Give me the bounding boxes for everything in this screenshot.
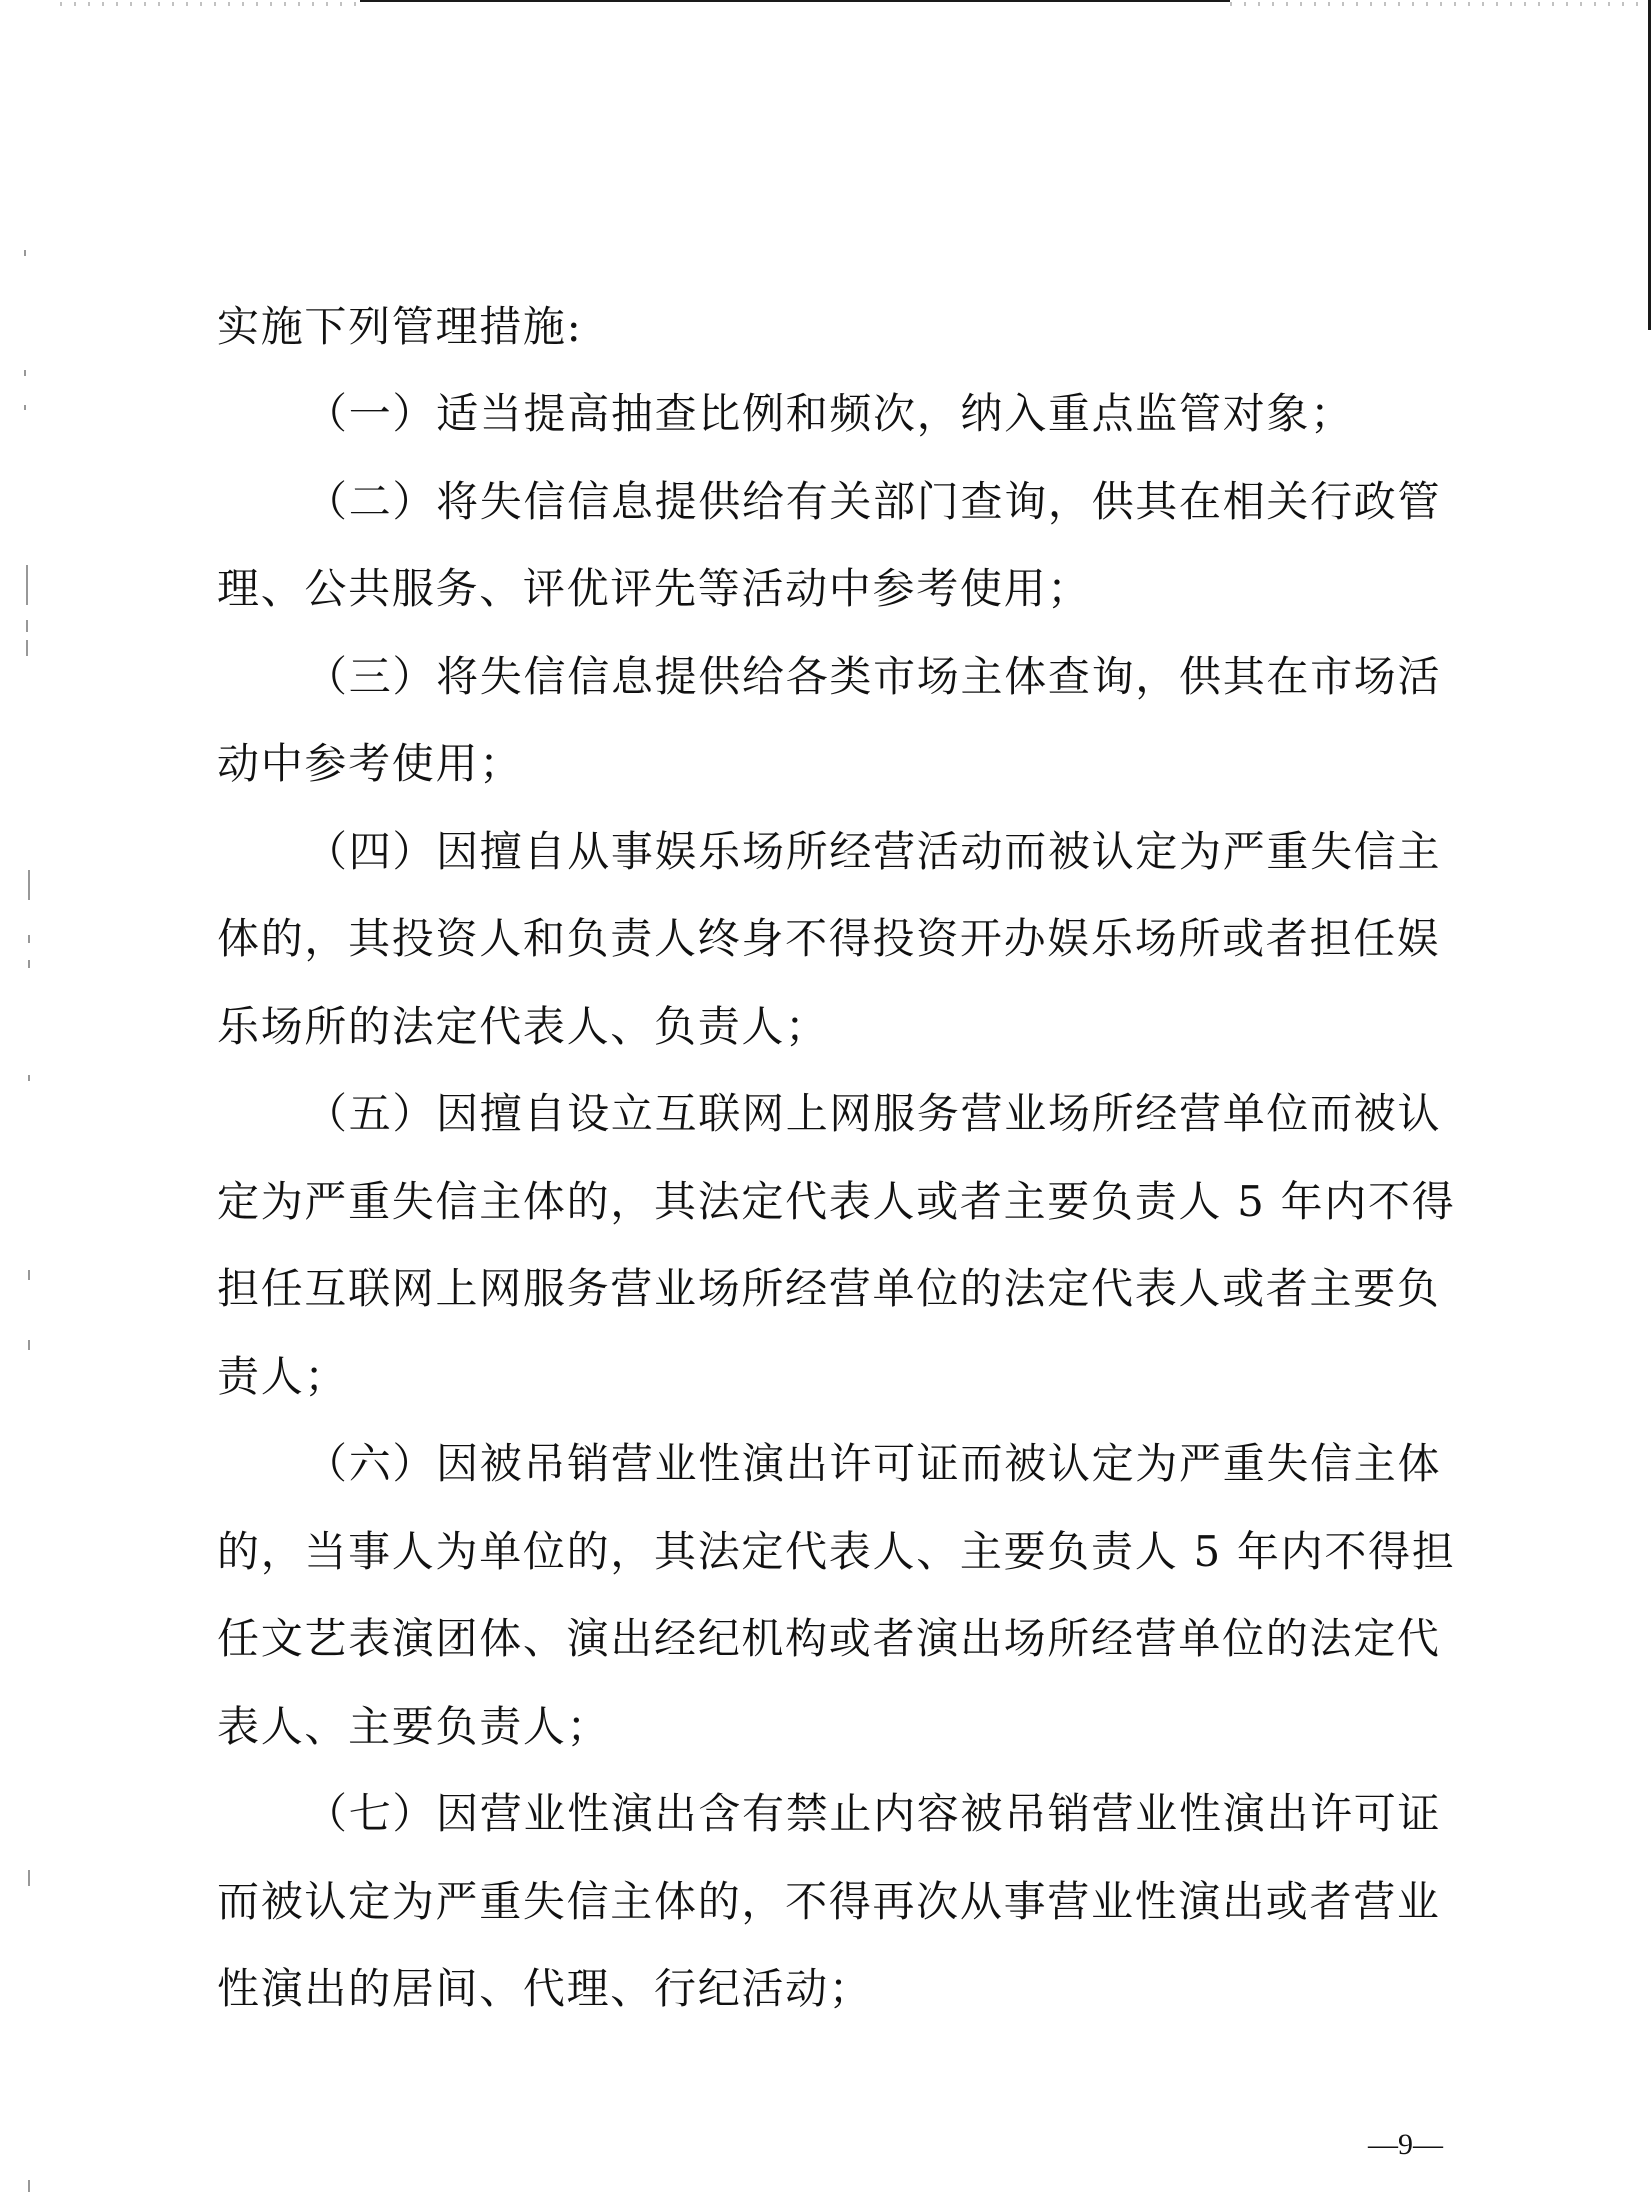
text-line-item-6-cont: 的，当事人为单位的，其法定代表人、主要负责人 5 年内不得担 xyxy=(217,1529,1455,1575)
text-line-item-1: （一）适当提高抽查比例和频次，纳入重点监管对象； xyxy=(305,391,1354,437)
scan-speck xyxy=(24,405,26,410)
scan-speck xyxy=(28,2180,30,2192)
scan-speck xyxy=(24,250,26,256)
text-line-item-3: （三）将失信信息提供给各类市场主体查询，供其在市场活 xyxy=(305,654,1441,700)
scan-speck xyxy=(28,960,30,968)
scan-speck xyxy=(28,1075,30,1081)
text-line-item-2-cont: 理、公共服务、评优评先等活动中参考使用； xyxy=(217,566,1091,612)
text-line-intro: 实施下列管理措施: xyxy=(217,304,582,350)
text-line-item-4: （四）因擅自从事娱乐场所经营活动而被认定为严重失信主 xyxy=(305,829,1441,875)
scan-speck xyxy=(28,1340,30,1350)
scan-speck xyxy=(26,565,28,605)
scan-speck xyxy=(26,620,28,632)
scan-noise-top-left xyxy=(60,2,360,6)
scan-speck xyxy=(28,870,30,900)
scan-edge-right xyxy=(1648,0,1651,330)
text-line-item-5-cont: 责人； xyxy=(217,1354,348,1400)
scan-speck xyxy=(24,370,26,376)
text-line-item-7: （七）因营业性演出含有禁止内容被吊销营业性演出许可证 xyxy=(305,1791,1441,1837)
scan-speck xyxy=(28,1270,30,1280)
text-line-item-4-cont: 乐场所的法定代表人、负责人； xyxy=(217,1004,829,1050)
scan-edge-top xyxy=(360,0,1230,2)
scan-speck xyxy=(26,640,28,656)
text-line-item-7-cont: 性演出的居间、代理、行纪活动； xyxy=(217,1966,873,2012)
scan-noise-top-right xyxy=(1230,2,1640,6)
scan-speck xyxy=(28,1870,30,1886)
page-number: —9— xyxy=(1368,2128,1443,2162)
text-line-item-5-cont: 定为严重失信主体的，其法定代表人或者主要负责人 5 年内不得 xyxy=(217,1179,1455,1225)
scanned-document-page: 实施下列管理措施: （一）适当提高抽查比例和频次，纳入重点监管对象； （二）将失… xyxy=(0,0,1652,2201)
text-line-item-6: （六）因被吊销营业性演出许可证而被认定为严重失信主体 xyxy=(305,1441,1441,1487)
scan-speck xyxy=(28,935,30,943)
text-line-item-5-cont: 担任互联网上网服务营业场所经营单位的法定代表人或者主要负 xyxy=(217,1266,1441,1312)
text-line-item-6-cont: 任文艺表演团体、演出经纪机构或者演出场所经营单位的法定代 xyxy=(217,1616,1441,1662)
text-line-item-2: （二）将失信信息提供给有关部门查询，供其在相关行政管 xyxy=(305,479,1441,525)
text-line-item-3-cont: 动中参考使用； xyxy=(217,741,523,787)
text-line-item-5: （五）因擅自设立互联网上网服务营业场所经营单位而被认 xyxy=(305,1091,1441,1137)
text-line-item-7-cont: 而被认定为严重失信主体的，不得再次从事营业性演出或者营业 xyxy=(217,1879,1441,1925)
text-line-item-6-cont: 表人、主要负责人； xyxy=(217,1704,610,1750)
text-line-item-4-cont: 体的，其投资人和负责人终身不得投资开办娱乐场所或者担任娱 xyxy=(217,916,1441,962)
